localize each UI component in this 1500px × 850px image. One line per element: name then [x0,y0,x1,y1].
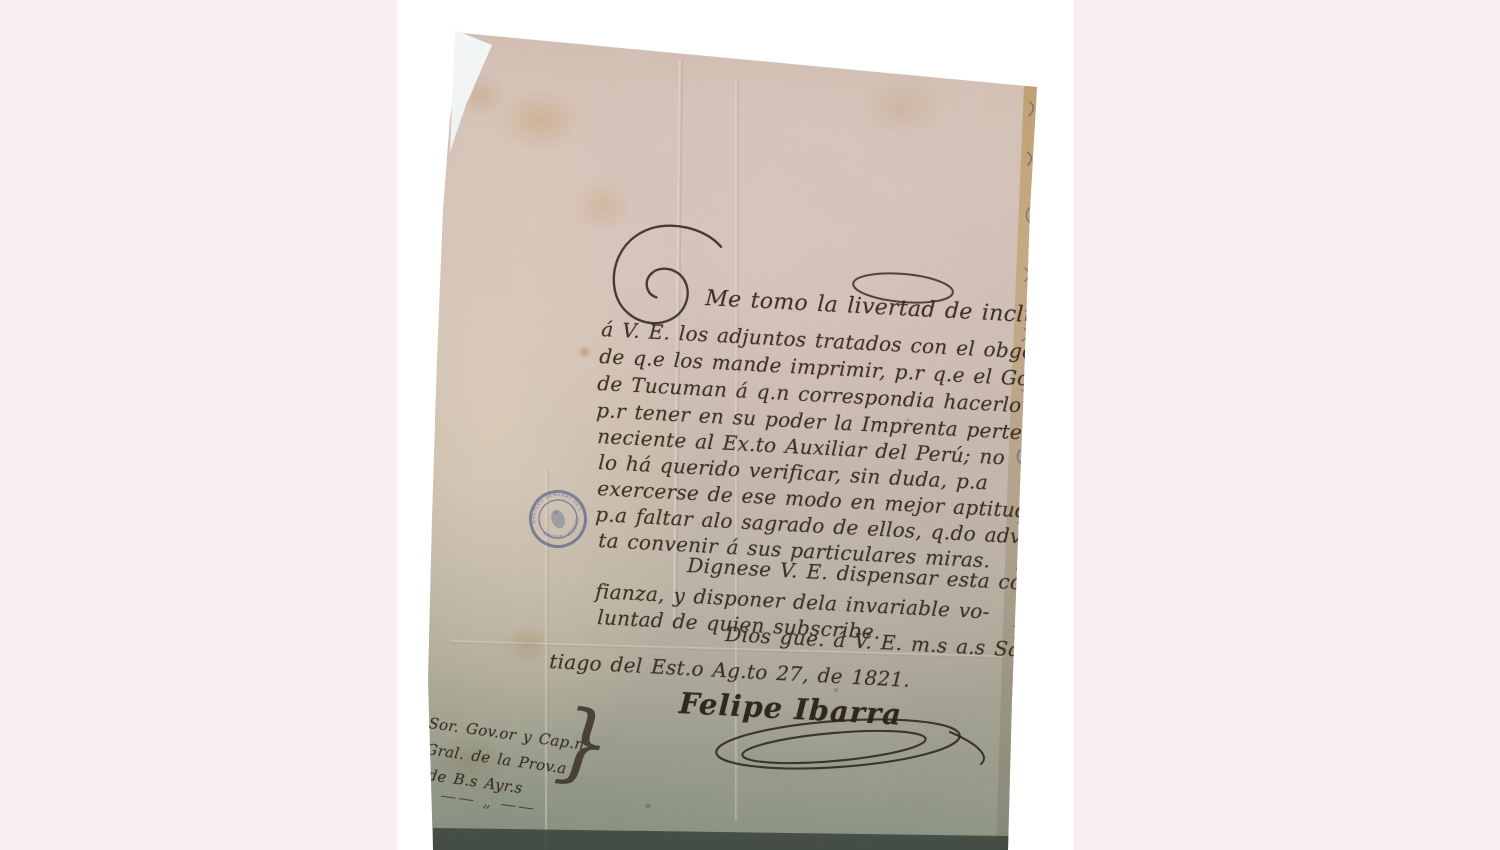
page-background: ARCHIVO GENERAL DE LA NACION ARGENTINA M… [0,0,1500,850]
signature-rubric-icon [698,706,998,786]
manuscript-paper: ARCHIVO GENERAL DE LA NACION ARGENTINA M… [0,0,1500,850]
archive-stamp-icon: ARCHIVO GENERAL DE LA NACION ARGENTINA [527,488,589,550]
addressee-brace: } [552,697,615,788]
